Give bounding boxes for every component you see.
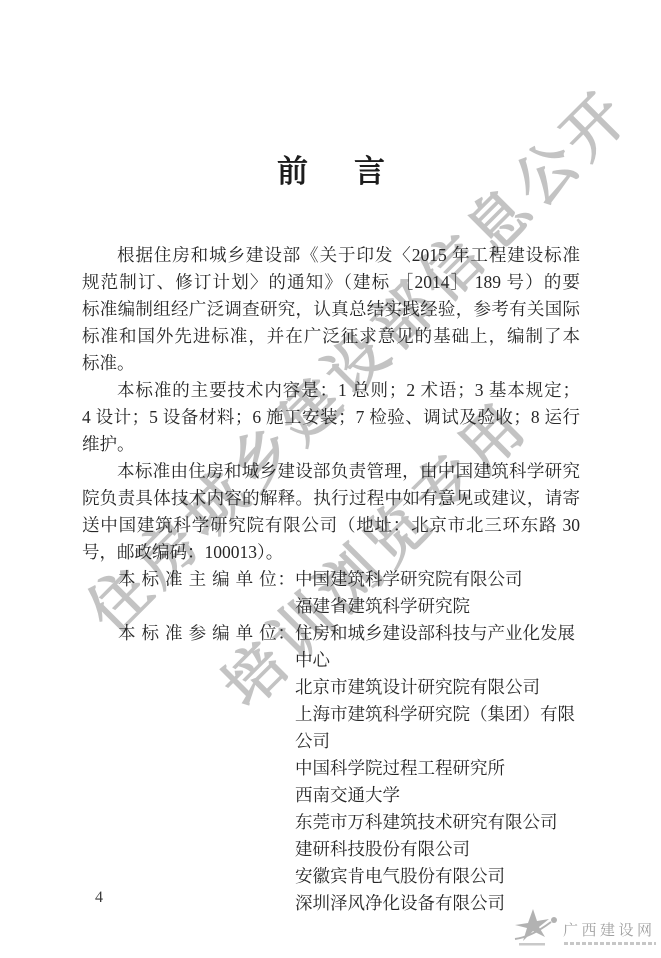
editor-row: 深圳泽风净化设备有限公司 [82,890,580,917]
site-logo: 广西建设网 [511,905,656,953]
editor-unit: 西南交通大学 [295,782,587,809]
editor-unit: 北京市建筑设计研究院有限公司 [295,674,587,701]
editor-row: 本 标 准 主 编 单 位： 中国建筑科学研究院有限公司 [82,566,580,593]
editor-unit: 中国科学院过程工程研究所 [295,755,587,782]
paragraph-1: 根据住房和城乡建设部《关于印发〈2015 年工程建设标准 规范制订、修订计划〉的… [82,242,580,377]
chief-editor-section: 本 标 准 主 编 单 位： 中国建筑科学研究院有限公司 福建省建筑科学研究院 [82,566,580,620]
editor-row: 西南交通大学 [82,782,580,809]
text-line: 送中国建筑科学研究院有限公司（地址：北京市北三环东路 30 [82,512,580,539]
chief-editor-label: 本 标 准 主 编 单 位： [118,566,295,593]
editor-unit: 安徽宾肯电气股份有限公司 [295,863,587,890]
star-icon [511,907,561,949]
document-body: 前 言 根据住房和城乡建设部《关于印发〈2015 年工程建设标准 规范制订、修订… [0,0,661,917]
editor-row: 北京市建筑设计研究院有限公司 [82,674,580,701]
editor-row: 安徽宾肯电气股份有限公司 [82,863,580,890]
editor-unit: 中国建筑科学研究院有限公司 [295,566,587,593]
editor-row: 东莞市万科建筑技术研究有限公司 [82,809,580,836]
text-line: 4 设计；5 设备材料；6 施工安装；7 检验、调试及验收；8 运行 [82,404,580,431]
participating-editor-label: 本 标 准 参 编 单 位： [118,620,295,647]
document-page: 住房城乡建设部信息公开 培训浏览专用 前 言 根据住房和城乡建设部《关于印发〈2… [0,0,661,958]
text-line: 标准编制组经广泛调查研究，认真总结实践经验，参考有关国际 [82,296,580,323]
title-char-qian: 前 [277,152,308,192]
editor-row: 福建省建筑科学研究院 [82,593,580,620]
text-line: 本标准的主要技术内容是：1 总则；2 术语；3 基本规定； [82,377,580,404]
editor-row: 中国科学院过程工程研究所 [82,755,580,782]
paragraph-2: 本标准的主要技术内容是：1 总则；2 术语；3 基本规定； 4 设计；5 设备材… [82,377,580,458]
text-line: 维护。 [82,431,580,458]
preface-text: 根据住房和城乡建设部《关于印发〈2015 年工程建设标准 规范制订、修订计划〉的… [82,242,580,917]
editor-unit: 福建省建筑科学研究院 [295,593,587,620]
text-line: 标准和国外先进标准，并在广泛征求意见的基础上，编制了本 [82,323,580,350]
participating-editor-section: 本 标 准 参 编 单 位： 住房和城乡建设部科技与产业化发展中心 北京市建筑设… [82,620,580,917]
page-number: 4 [95,889,103,907]
site-logo-name: 广西建设网 [563,919,656,940]
editor-row: 本 标 准 参 编 单 位： 住房和城乡建设部科技与产业化发展中心 [82,620,580,674]
text-line: 规范制订、修订计划〉的通知》（建标 ［2014］ 189 号）的要求， [82,269,580,296]
text-line: 根据住房和城乡建设部《关于印发〈2015 年工程建设标准 [82,242,580,269]
text-line: 院负责具体技术内容的解释。执行过程中如有意见或建议，请寄 [82,485,580,512]
text-line: 标准。 [82,350,580,377]
text-line: 本标准由住房和城乡建设部负责管理，由中国建筑科学研究 [82,458,580,485]
editor-unit: 上海市建筑科学研究院（集团）有限公司 [295,701,587,755]
paragraph-3: 本标准由住房和城乡建设部负责管理，由中国建筑科学研究 院负责具体技术内容的解释。… [82,458,580,566]
editor-unit: 东莞市万科建筑技术研究有限公司 [295,809,587,836]
site-logo-tagline [564,942,656,945]
page-title: 前 言 [82,152,580,192]
text-line: 号，邮政编码：100013）。 [82,539,580,566]
title-char-yan: 言 [354,152,385,192]
editor-row: 上海市建筑科学研究院（集团）有限公司 [82,701,580,755]
editor-row: 建研科技股份有限公司 [82,836,580,863]
editor-unit: 建研科技股份有限公司 [295,836,587,863]
editor-unit: 住房和城乡建设部科技与产业化发展中心 [295,620,587,674]
